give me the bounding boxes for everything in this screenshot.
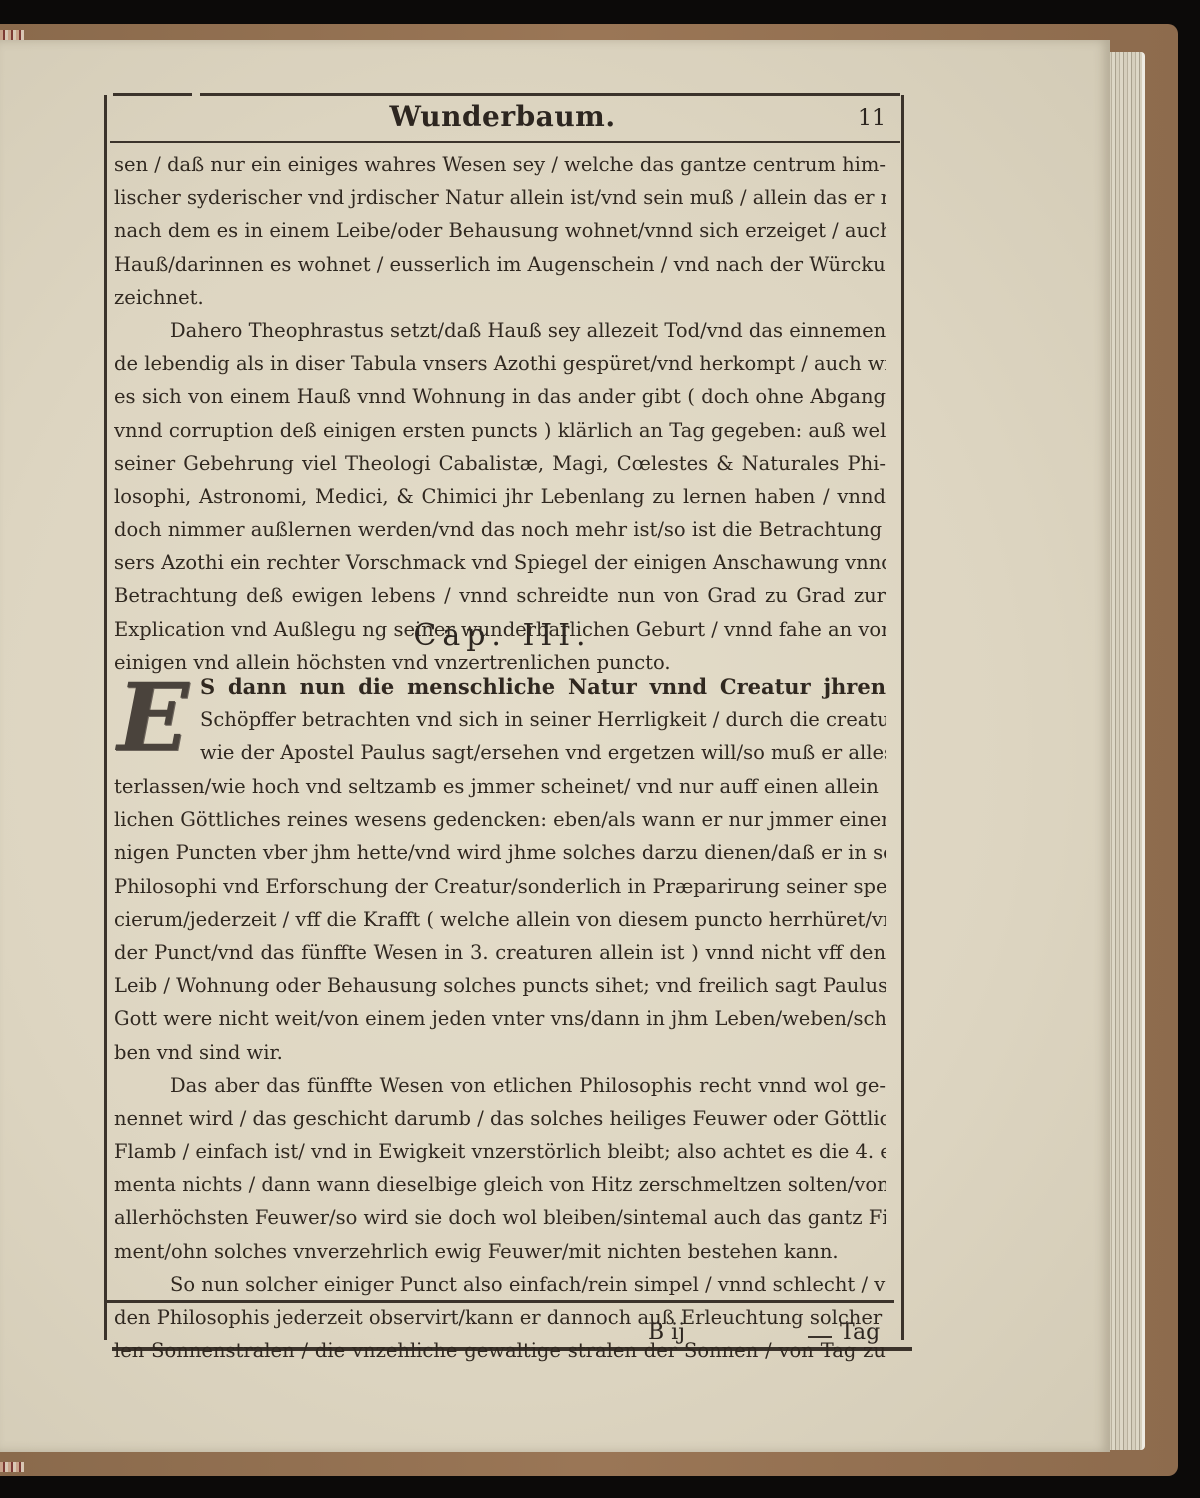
text-line: vnnd corruption deß einigen ersten punct… bbox=[114, 414, 886, 447]
text-line: der Punct/vnd das fünffte Wesen in 3. cr… bbox=[114, 936, 886, 969]
text-line: Betrachtung deß ewigen lebens / vnnd sch… bbox=[114, 579, 886, 612]
text-line: de lebendig als in diser Tabula vnsers A… bbox=[114, 347, 886, 380]
text-line: allerhöchsten Feuwer/so wird sie doch wo… bbox=[114, 1201, 886, 1234]
text-line: Das aber das fünffte Wesen von etlichen … bbox=[114, 1069, 886, 1102]
text-line: Dahero Theophrastus setzt/daß Hauß sey a… bbox=[114, 314, 886, 347]
text-line: losophi, Astronomi, Medici, & Chimici jh… bbox=[114, 480, 886, 513]
text-line: Gott were nicht weit/von einem jeden vnt… bbox=[114, 1002, 886, 1035]
text-line: seiner Gebehrung viel Theologi Cabalistæ… bbox=[114, 447, 886, 480]
text-line: nigen Puncten vber jhm hette/vnd wird jh… bbox=[114, 836, 886, 869]
text-line: terlassen/wie hoch vnd seltzamb es jmmer… bbox=[114, 770, 886, 803]
catchword: Tag bbox=[840, 1320, 880, 1345]
ornamental-drop-cap: E bbox=[112, 672, 194, 764]
text-line: ment/ohn solches vnverzehrlich ewig Feuw… bbox=[114, 1235, 886, 1268]
text-line: zeichnet. bbox=[114, 281, 886, 314]
text-line: es sich von einem Hauß vnnd Wohnung in d… bbox=[114, 380, 886, 413]
text-line: sers Azothi ein rechter Vorschmack vnd S… bbox=[114, 546, 886, 579]
catchword-dash bbox=[808, 1336, 832, 1338]
signature-mark: B ij bbox=[648, 1320, 685, 1345]
text-line: wie der Apostel Paulus sagt/ersehen vnd … bbox=[200, 736, 886, 769]
chapter-heading: Cap. III. bbox=[104, 618, 901, 653]
chapter-paragraph-block: terlassen/wie hoch vnd seltzamb es jmmer… bbox=[114, 770, 886, 1367]
paragraph-block-1: sen / daß nur ein einiges wahres Wesen s… bbox=[114, 148, 886, 679]
text-line: sen / daß nur ein einiges wahres Wesen s… bbox=[114, 148, 886, 181]
binding-headband bbox=[0, 30, 24, 40]
page-number: 11 bbox=[836, 106, 886, 131]
binding-tailband bbox=[0, 1462, 24, 1472]
text-line: Leib / Wohnung oder Behausung solches pu… bbox=[114, 969, 886, 1002]
chapter-paragraph-1-dropcap-lines: S dann nun die menschliche Natur vnnd Cr… bbox=[200, 670, 886, 770]
text-line: Flamb / einfach ist/ vnd in Ewigkeit vnz… bbox=[114, 1135, 886, 1168]
text-line: menta nichts / dann wann dieselbige glei… bbox=[114, 1168, 886, 1201]
text-line: den Philosophis jederzeit observirt/kann… bbox=[114, 1301, 886, 1334]
text-line: cierum/jederzeit / vff die Krafft ( welc… bbox=[114, 903, 886, 936]
text-line: ben vnd sind wir. bbox=[114, 1036, 886, 1069]
running-head: Wunderbaum. bbox=[104, 100, 901, 133]
text-line: nach dem es in einem Leibe/oder Behausun… bbox=[114, 214, 886, 247]
text-line: Philosophi vnd Erforschung der Creatur/s… bbox=[114, 870, 886, 903]
text-line: len Sonnenstralen / die vnzehliche gewal… bbox=[114, 1334, 886, 1367]
text-line: Hauß/darinnen es wohnet / eusserlich im … bbox=[114, 248, 886, 281]
text-line: S dann nun die menschliche Natur vnnd Cr… bbox=[200, 670, 886, 703]
text-line: lichen Göttliches reines wesens gedencke… bbox=[114, 803, 886, 836]
text-line: So nun solcher einiger Punct also einfac… bbox=[114, 1268, 886, 1301]
text-line: doch nimmer außlernen werden/vnd das noc… bbox=[114, 513, 886, 546]
text-line: Schöpffer betrachten vnd sich in seiner … bbox=[200, 703, 886, 736]
text-line: lischer syderischer vnd jrdischer Natur … bbox=[114, 181, 886, 214]
text-line: nennet wird / das geschicht darumb / das… bbox=[114, 1102, 886, 1135]
